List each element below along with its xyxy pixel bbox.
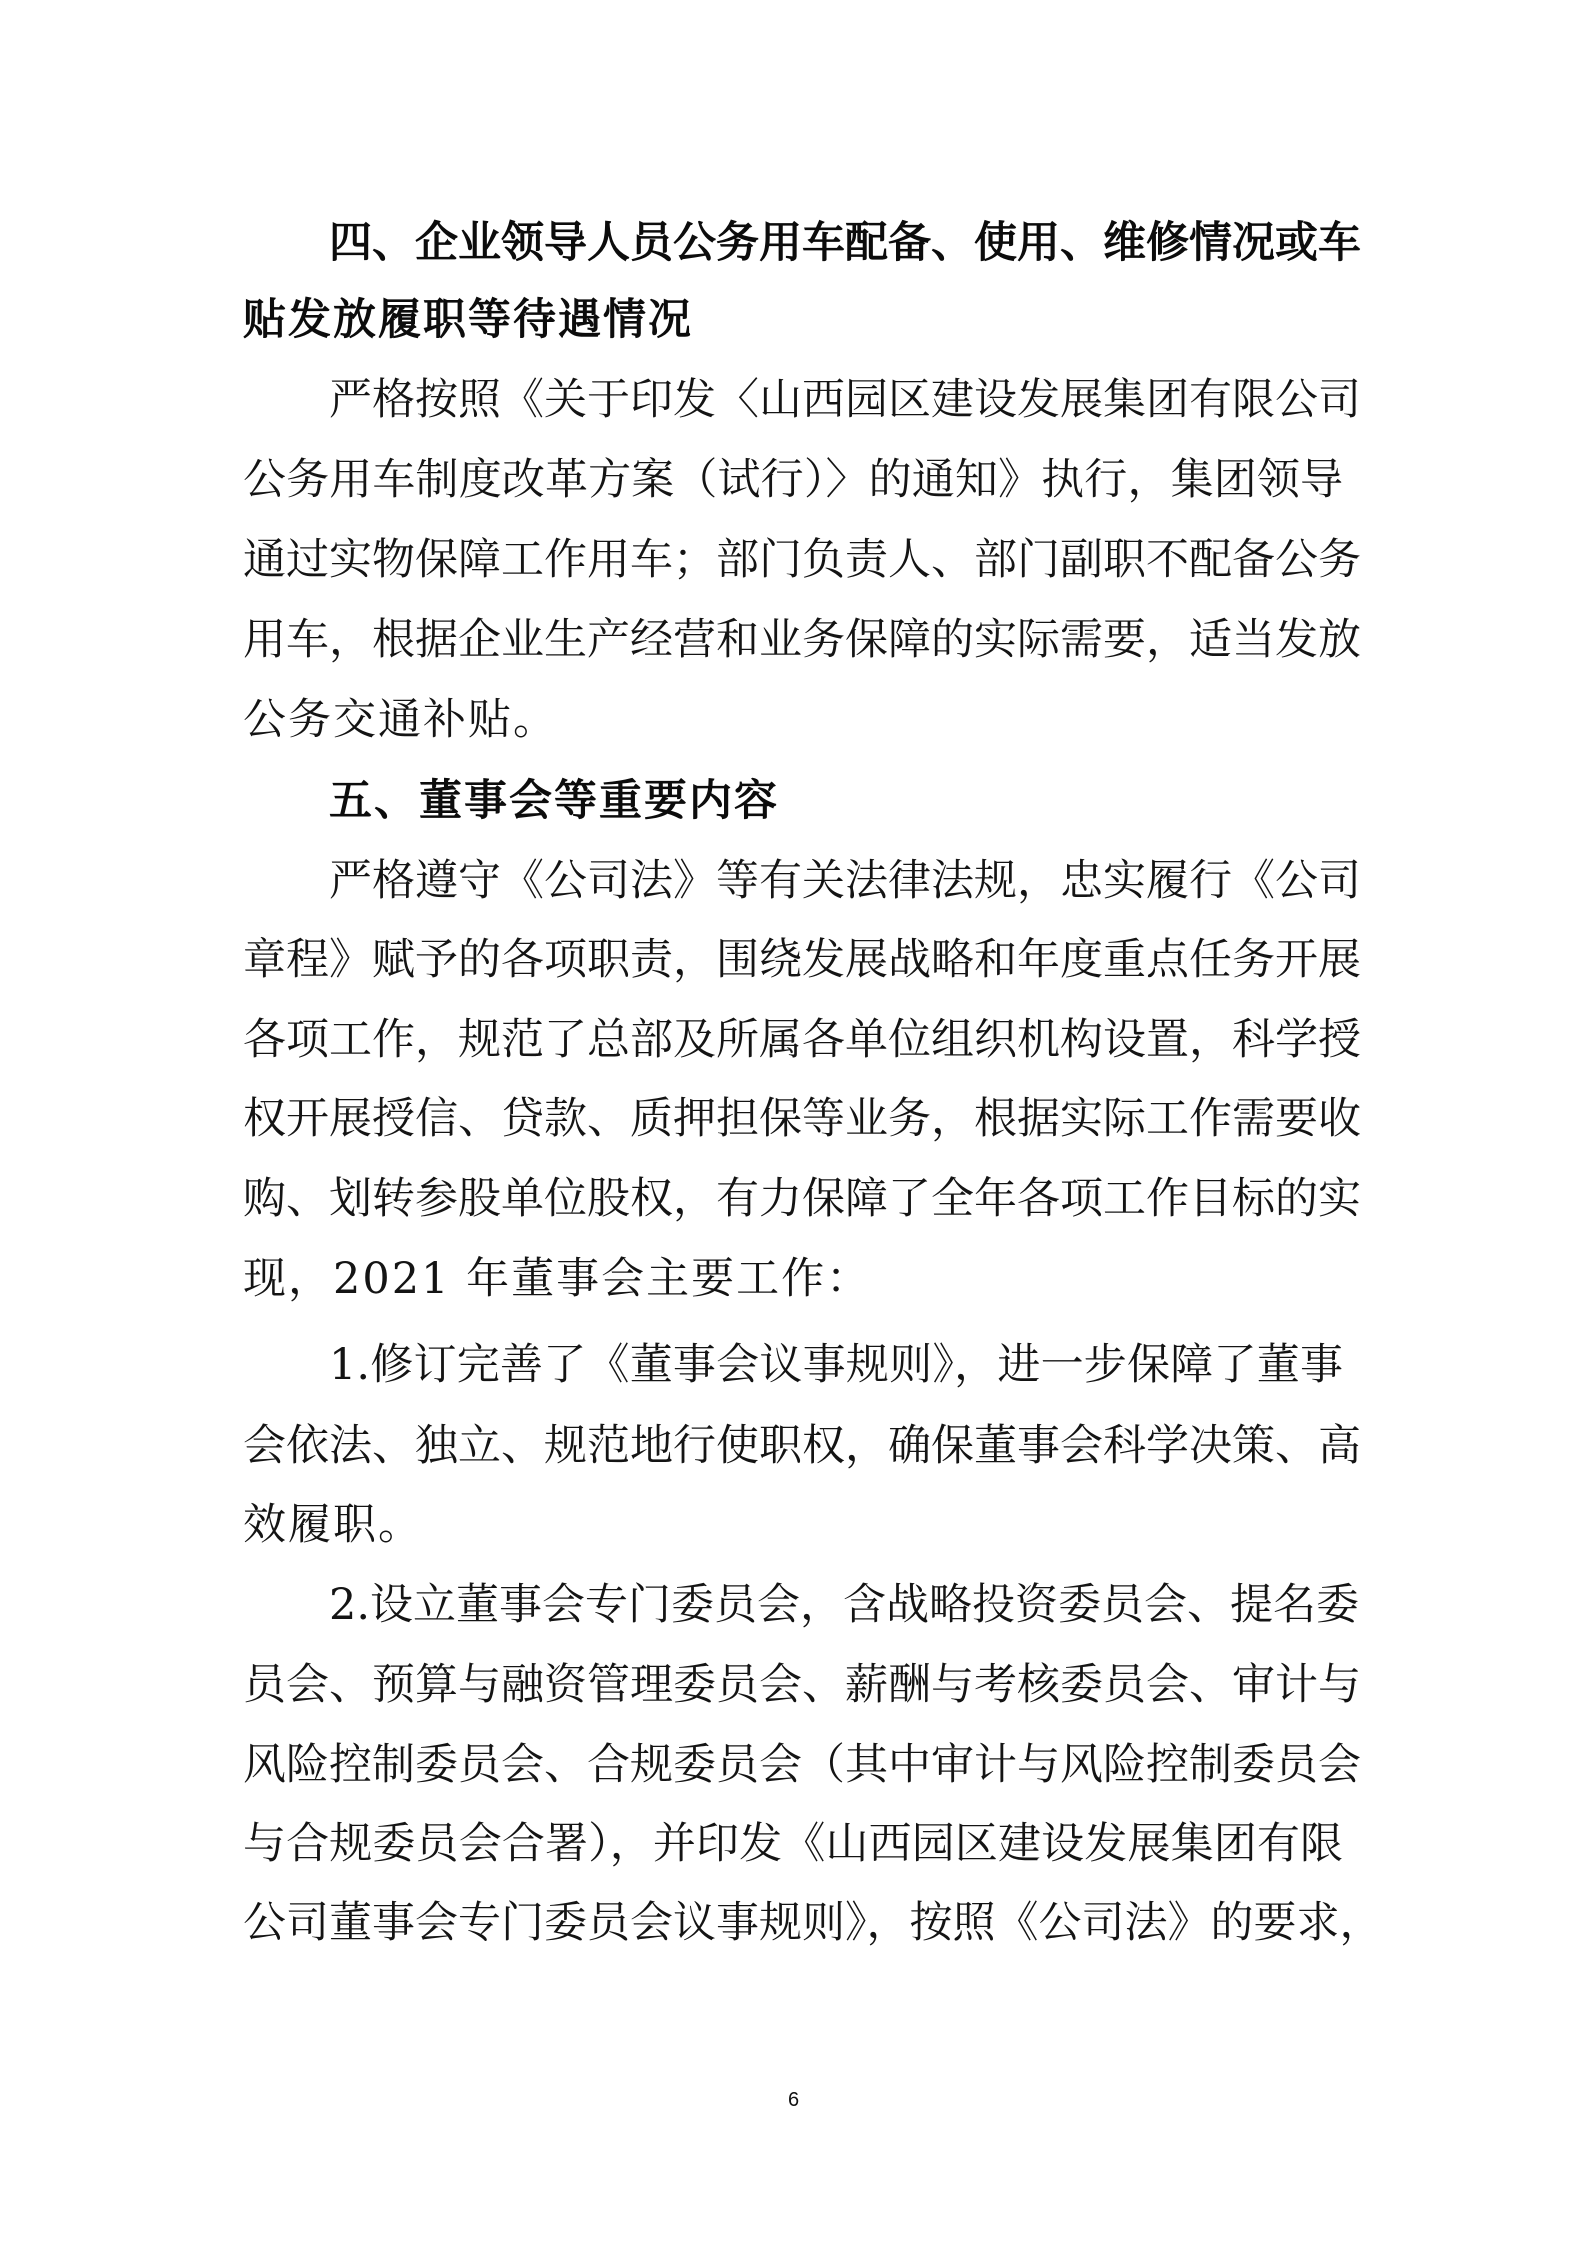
section-4-paragraph-line-5: 公务交通补贴。: [243, 692, 558, 748]
item-1-line-1: 1.修订完善了《董事会议事规则》，进一步保障了董事: [329, 1337, 1343, 1393]
section-4-heading-line-1: 四、企业领导人员公务用车配备、使用、维修情况或车: [329, 215, 1343, 271]
section-5-paragraph-line-2: 章程》赋予的各项职责，围绕发展战略和年度重点任务开展: [243, 932, 1343, 988]
item-2-line-1: 2.设立董事会专门委员会，含战略投资委员会、提名委: [329, 1577, 1343, 1633]
section-4-paragraph-line-3: 通过实物保障工作用车；部门负责人、部门副职不配备公务: [243, 532, 1343, 588]
section-5-paragraph-line-3: 各项工作，规范了总部及所属各单位组织机构设置，科学授: [243, 1012, 1343, 1068]
section-4-paragraph-line-4: 用车，根据企业生产经营和业务保障的实际需要，适当发放: [243, 612, 1343, 668]
item-2-line-5: 公司董事会专门委员会议事规则》，按照《公司法》的要求，: [243, 1895, 1343, 1951]
section-4-heading-line-2: 贴发放履职等待遇情况: [243, 292, 693, 348]
item-2-line-3: 风险控制委员会、合规委员会（其中审计与风险控制委员会: [243, 1737, 1343, 1793]
section-5-paragraph-line-6: 现，2021 年董事会主要工作：: [243, 1251, 871, 1307]
document-page: 四、企业领导人员公务用车配备、使用、维修情况或车 贴发放履职等待遇情况 严格按照…: [0, 0, 1587, 2245]
item-1-line-3: 效履职。: [243, 1497, 423, 1553]
section-5-heading: 五、董事会等重要内容: [329, 773, 779, 829]
section-4-paragraph-line-1: 严格按照《关于印发〈山西园区建设发展集团有限公司: [329, 372, 1343, 428]
page-number: 6: [0, 2088, 1587, 2112]
section-5-paragraph-line-4: 权开展授信、贷款、质押担保等业务，根据实际工作需要收: [243, 1091, 1343, 1147]
section-4-paragraph-line-2: 公务用车制度改革方案（试行）〉的通知》执行，集团领导: [243, 452, 1343, 508]
section-5-paragraph-line-1: 严格遵守《公司法》等有关法律法规，忠实履行《公司: [329, 853, 1343, 909]
item-1-line-2: 会依法、独立、规范地行使职权，确保董事会科学决策、高: [243, 1418, 1343, 1474]
item-2-line-2: 员会、预算与融资管理委员会、薪酬与考核委员会、审计与: [243, 1657, 1343, 1713]
section-5-paragraph-line-5: 购、划转参股单位股权，有力保障了全年各项工作目标的实: [243, 1171, 1343, 1227]
item-2-line-4: 与合规委员会合署），并印发《山西园区建设发展集团有限: [243, 1816, 1343, 1872]
